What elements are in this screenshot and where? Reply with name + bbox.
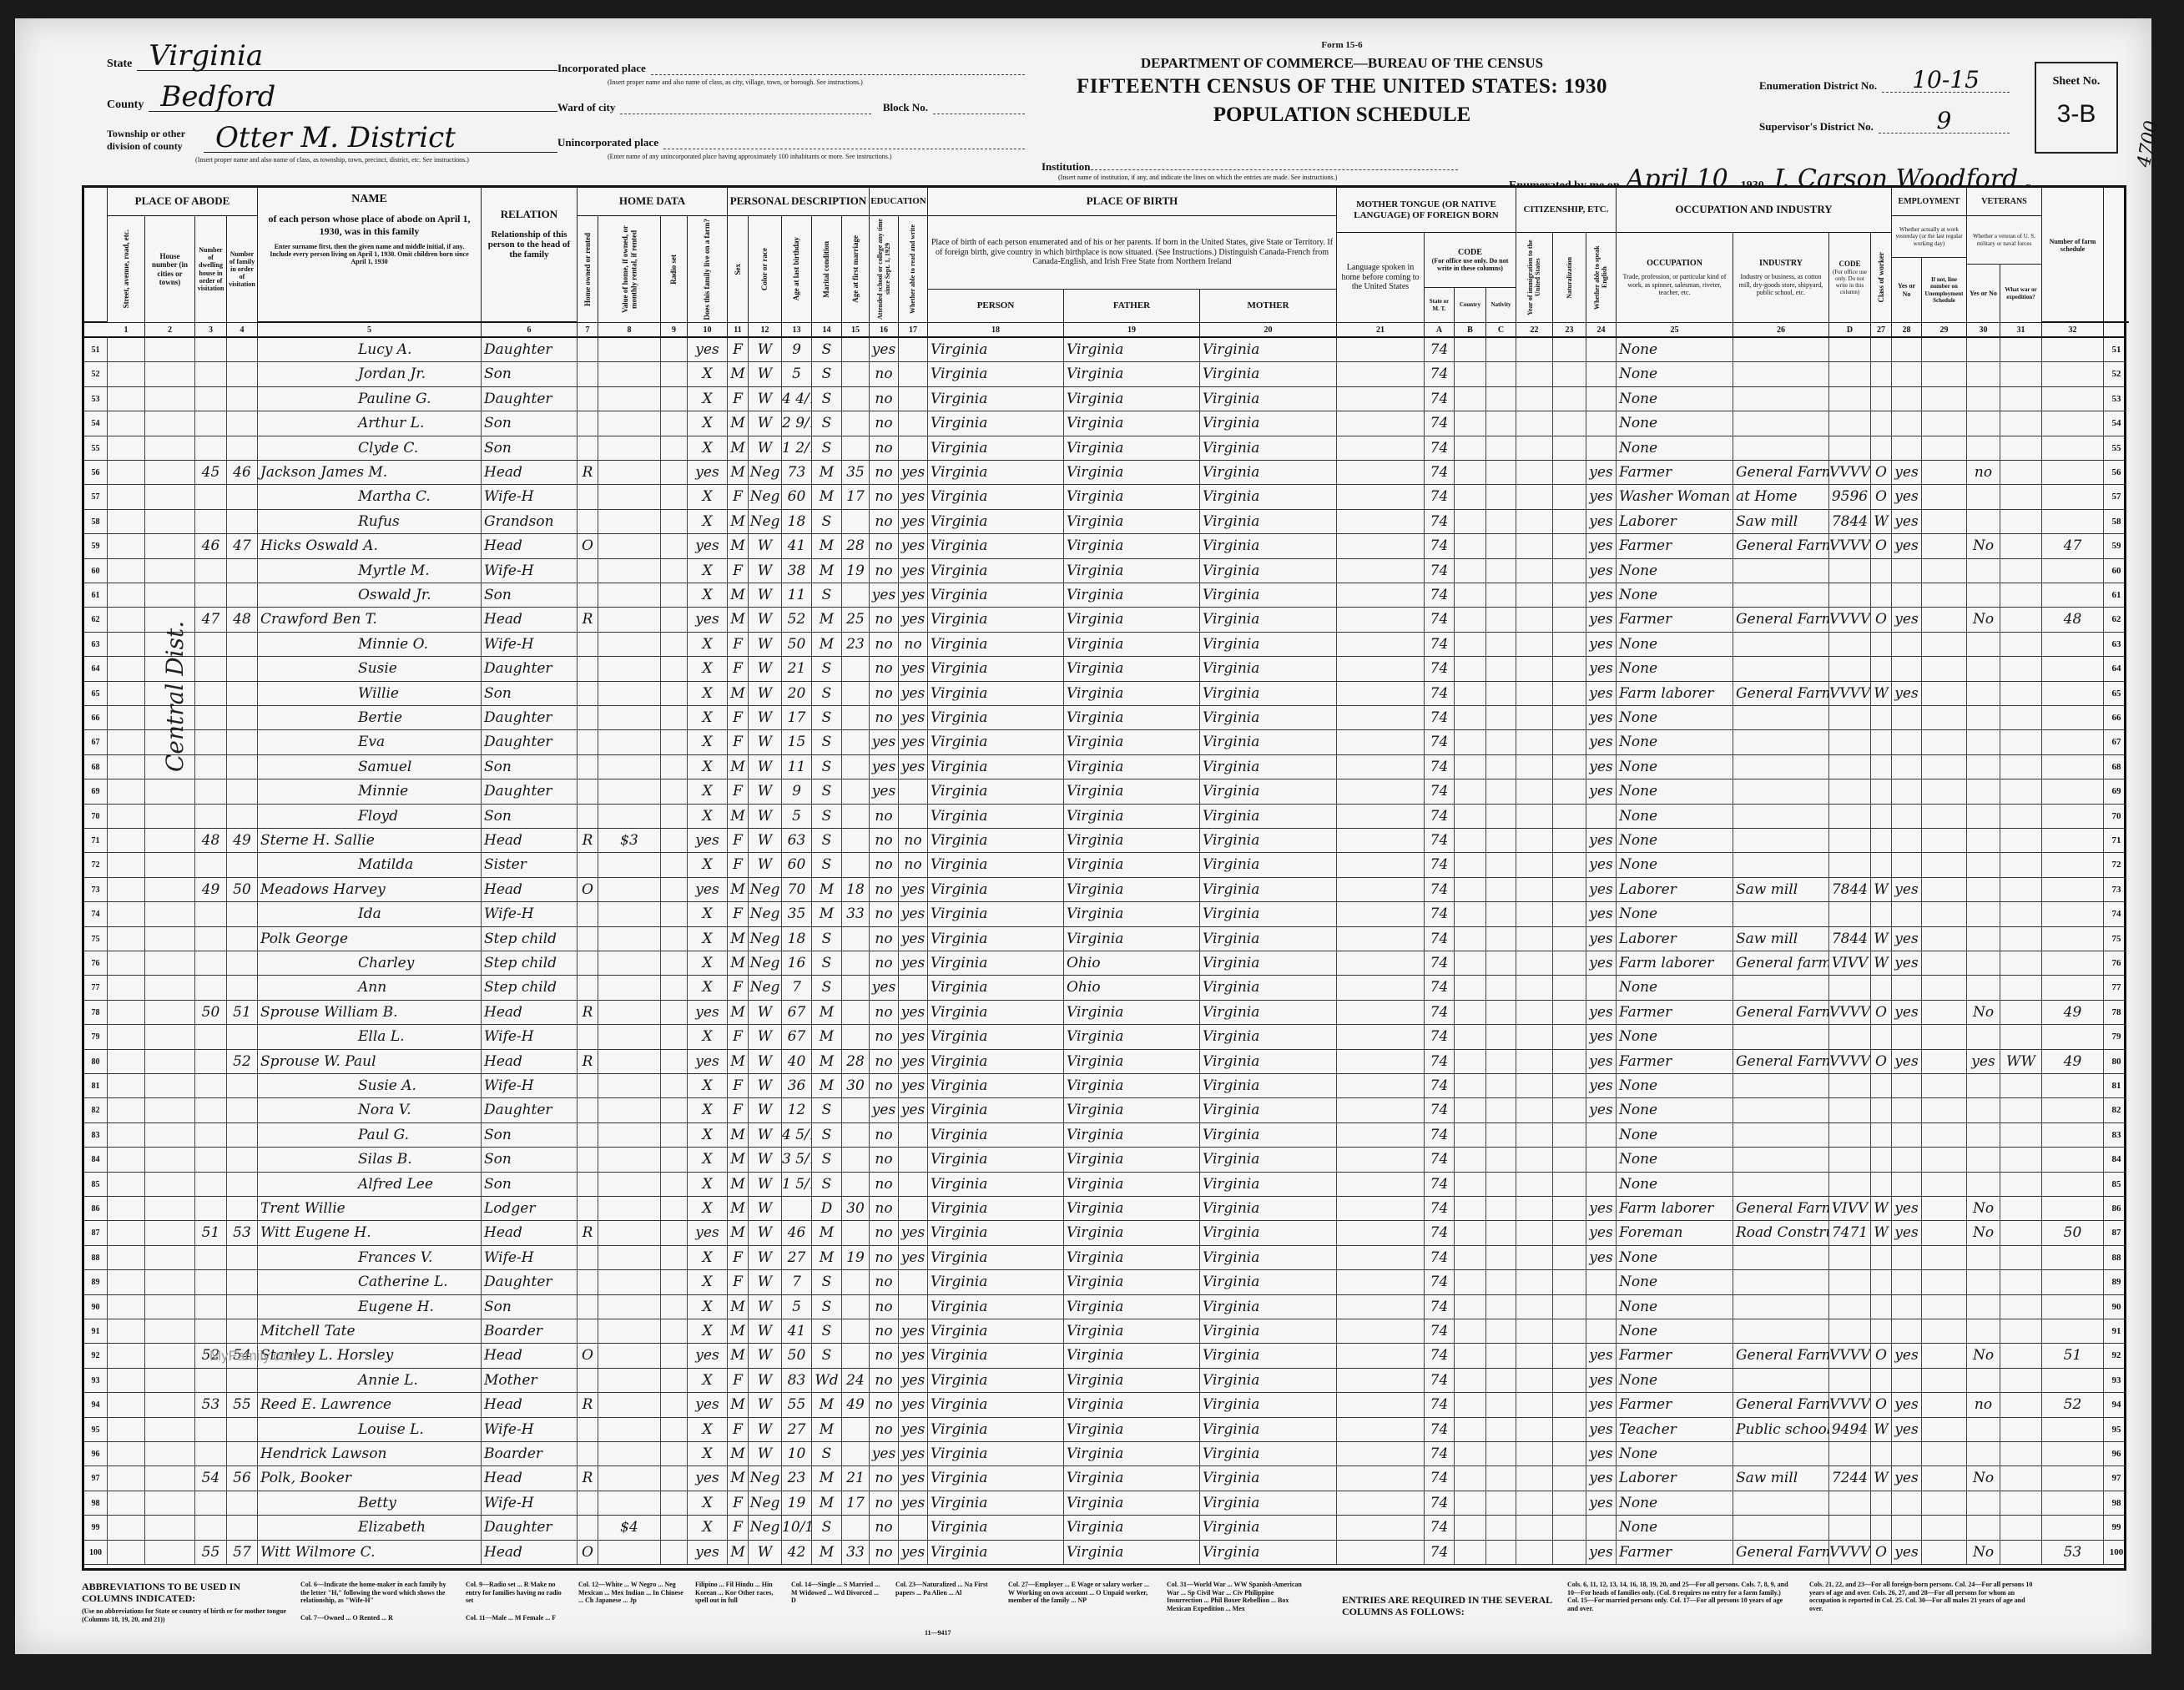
cell-fs (2042, 755, 2104, 779)
cell-name: Meadows Harvey (258, 878, 482, 901)
cell-name: Frances V. (258, 1246, 482, 1269)
right-line-number: 93 (2104, 1369, 2129, 1393)
cell-dw (195, 1123, 227, 1147)
cell-empty (1922, 706, 1967, 729)
cell-empty (1337, 1098, 1425, 1122)
cell-cls (1871, 1173, 1892, 1196)
cell-empty (108, 436, 145, 460)
cell-rd: yes (899, 730, 928, 754)
birth-instructions: Place of birth of each person enumerated… (928, 216, 1337, 290)
cell-empty (1455, 436, 1486, 460)
cell-fs (2042, 1123, 2104, 1147)
cell-empty (108, 461, 145, 484)
cell-m: Virginia (1200, 902, 1337, 926)
right-line-number: 57 (2104, 485, 2129, 509)
cell-vet (1967, 1025, 2000, 1048)
cell-empty (1455, 510, 1486, 533)
cell-rel: Daughter (482, 338, 578, 361)
cell-name: Minnie (258, 779, 482, 803)
cell-vet (1967, 583, 2000, 607)
abbrev-col7: Col. 7—Owned ... O Rented ... R (300, 1614, 451, 1622)
cell-a: 74 (1425, 1319, 1455, 1343)
cell-farm: X (688, 485, 728, 508)
cell-cls (1871, 976, 1892, 999)
cell-name: Hendrick Lawson (258, 1442, 482, 1466)
cell-cls (1871, 853, 1892, 876)
cell-sch: no (870, 1221, 899, 1244)
cell-sch: yes (870, 976, 899, 999)
cell-farm: X (688, 682, 728, 705)
cell-eng: yes (1586, 461, 1617, 484)
cell-line: 53 (84, 387, 108, 411)
cell-empty (1516, 902, 1553, 926)
cell-val (598, 362, 661, 386)
cell-m: Virginia (1200, 682, 1337, 705)
cell-empty (145, 1516, 195, 1539)
cell-agem (842, 583, 870, 607)
cell-rel: Head (482, 1393, 578, 1416)
cell-line: 58 (84, 510, 108, 533)
col-sex: Sex (728, 216, 749, 323)
cell-empty (1516, 436, 1553, 460)
cell-line: 100 (84, 1541, 108, 1564)
cell-empty (1922, 805, 1967, 828)
cell-fs (2042, 559, 2104, 583)
cell-ind: General Farm (1733, 1197, 1829, 1220)
cell-mar: M (812, 534, 842, 557)
institution-field: Institution (Insert name of institution,… (1042, 160, 1492, 181)
cell-a: 74 (1425, 730, 1455, 754)
cell-own: R (578, 461, 598, 484)
cell-vet (1967, 902, 2000, 926)
cell-empty (1455, 559, 1486, 583)
cell-farm: X (688, 1369, 728, 1392)
cell-eng: yes (1586, 1098, 1617, 1122)
cell-rel: Head (482, 1541, 578, 1564)
cell-mar: S (812, 730, 842, 754)
right-line-number-header (2104, 188, 2129, 323)
cell-empty (1553, 805, 1586, 828)
cell-empty (1516, 1025, 1553, 1048)
column-number: 30 (1967, 323, 2000, 338)
cell-p: Virginia (928, 485, 1064, 508)
cell-empty (108, 338, 145, 361)
cell-dw (195, 362, 227, 386)
cell-empty (108, 1025, 145, 1048)
cell-empty (1553, 436, 1586, 460)
cell-empty (1553, 583, 1586, 607)
cell-mar: M (812, 1246, 842, 1269)
cell-fs (2042, 461, 2104, 484)
cell-empty (1486, 411, 1516, 435)
cell-rel: Step child (482, 976, 578, 999)
right-line-number: 70 (2104, 805, 2129, 829)
cell-cls (1871, 411, 1892, 435)
cell-cls: O (1871, 1050, 1892, 1073)
cell-val (598, 706, 661, 729)
cell-sch: no (870, 534, 899, 557)
cell-empty (1337, 829, 1425, 852)
cell-age: 4 4/12 (782, 387, 812, 411)
cell-empty (1486, 1025, 1516, 1048)
table-row: 51Lucy A.DaughteryesFW9SyesVirginiaVirgi… (84, 338, 2124, 362)
cell-val (598, 338, 661, 361)
table-row: 875153Witt Eugene H.HeadRyesMW46MnoyesVi… (84, 1221, 2124, 1245)
cell-empty (1455, 1418, 1486, 1441)
cell-empty (1337, 1295, 1425, 1319)
cell-code (1829, 338, 1871, 361)
township-value: Otter M. District (204, 124, 557, 153)
cell-fam (227, 1369, 258, 1392)
cell-rd: yes (899, 878, 928, 901)
cell-fs (2042, 510, 2104, 533)
cell-age: 11 (782, 755, 812, 779)
cell-own (578, 1197, 598, 1220)
cell-empty (1516, 829, 1553, 852)
right-line-number: 65 (2104, 682, 2129, 706)
cell-dw (195, 1418, 227, 1441)
cell-name: Ann (258, 976, 482, 999)
cell-race: W (749, 682, 782, 705)
cell-fs (2042, 1098, 2104, 1122)
cell-ind: General Farm (1733, 1001, 1829, 1024)
cell-ind (1733, 755, 1829, 779)
cell-empty (1455, 461, 1486, 484)
cell-a: 74 (1425, 682, 1455, 705)
cell-empty (1553, 1074, 1586, 1097)
cell-vet (1967, 755, 2000, 779)
cell-empty (1337, 1344, 1425, 1367)
cell-emp (1892, 730, 1922, 754)
cell-a: 74 (1425, 1050, 1455, 1073)
cell-occ: None (1617, 1491, 1733, 1515)
cell-sex: F (728, 1418, 749, 1441)
cell-age: 10/12 (782, 1516, 812, 1539)
cell-empty (108, 1148, 145, 1171)
cell-empty (1455, 730, 1486, 754)
cell-sex: M (728, 411, 749, 435)
cell-mar: M (812, 1491, 842, 1515)
cell-empty (1486, 461, 1516, 484)
cell-sex: M (728, 1295, 749, 1319)
col-marital: Marital condition (812, 216, 842, 323)
cell-agem (842, 976, 870, 999)
cell-occ: None (1617, 1295, 1733, 1319)
cell-race: W (749, 1025, 782, 1048)
cell-cls (1871, 755, 1892, 779)
right-line-number: 94 (2104, 1393, 2129, 1417)
cell-agem: 17 (842, 485, 870, 508)
cell-age: 5 (782, 1295, 812, 1319)
cell-line: 99 (84, 1516, 108, 1539)
cell-line: 56 (84, 461, 108, 484)
cell-cls (1871, 1074, 1892, 1097)
cell-dw: 45 (195, 461, 227, 484)
cell-rd (899, 362, 928, 386)
cell-cls (1871, 1491, 1892, 1515)
cell-val (598, 1197, 661, 1220)
cell-val (598, 1369, 661, 1392)
cell-agem (842, 1098, 870, 1122)
cell-fs (2042, 805, 2104, 828)
cell-a: 74 (1425, 510, 1455, 533)
cell-ind (1733, 1173, 1829, 1196)
cell-radio (661, 902, 688, 926)
cell-fam (227, 1025, 258, 1048)
cell-p: Virginia (928, 779, 1064, 803)
cell-p: Virginia (928, 682, 1064, 705)
cell-age: 5 (782, 805, 812, 828)
cell-empty (1455, 779, 1486, 803)
cell-vet: no (1967, 461, 2000, 484)
cell-empty (108, 1001, 145, 1024)
cell-race: W (749, 411, 782, 435)
cell-radio (661, 338, 688, 361)
right-line-number: 95 (2104, 1418, 2129, 1442)
cell-empty (1553, 387, 1586, 411)
cell-mar: S (812, 1270, 842, 1294)
cell-line: 78 (84, 1001, 108, 1024)
cell-f: Virginia (1064, 878, 1200, 901)
cell-dw: 53 (195, 1393, 227, 1416)
table-row: 75Polk GeorgeStep childXMNeg18SnoyesVirg… (84, 927, 2124, 951)
cell-eng: yes (1586, 1369, 1617, 1392)
cell-empty (108, 730, 145, 754)
cell-farm: X (688, 755, 728, 779)
column-number-row: 123456789101112131415161718192021ABC2223… (84, 323, 2124, 338)
cell-war (2000, 1001, 2042, 1024)
right-line-number: 97 (2104, 1466, 2129, 1491)
cell-empty (1337, 1516, 1425, 1539)
cell-war (2000, 362, 2042, 386)
right-line-number: 67 (2104, 730, 2129, 754)
cell-rd: yes (899, 1050, 928, 1073)
cell-f: Virginia (1064, 411, 1200, 435)
cell-rd (899, 1123, 928, 1147)
right-line-number: 87 (2104, 1221, 2129, 1245)
cell-fam (227, 853, 258, 876)
cell-p: Virginia (928, 338, 1064, 361)
cell-farm: X (688, 1123, 728, 1147)
cell-name: Jackson James M. (258, 461, 482, 484)
cell-emp (1892, 805, 1922, 828)
col-occupation-code: CODE(For office use only. Do not write i… (1829, 233, 1871, 323)
cell-p: Virginia (928, 436, 1064, 460)
cell-p: Virginia (928, 730, 1064, 754)
cell-empty (1337, 853, 1425, 876)
cell-empty (108, 682, 145, 705)
cell-sch: no (870, 853, 899, 876)
cell-line: 65 (84, 682, 108, 705)
cell-fs: 47 (2042, 534, 2104, 557)
cell-rel: Daughter (482, 1098, 578, 1122)
cell-occ: None (1617, 976, 1733, 999)
cell-age: 60 (782, 853, 812, 876)
cell-empty (1455, 902, 1486, 926)
right-line-number: 82 (2104, 1098, 2129, 1122)
cell-own: O (578, 878, 598, 901)
cell-mar: M (812, 1074, 842, 1097)
cell-sex: M (728, 510, 749, 533)
cell-name: Nora V. (258, 1098, 482, 1122)
cell-name: Elizabeth (258, 1516, 482, 1539)
cell-agem: 30 (842, 1074, 870, 1097)
cell-agem: 30 (842, 1197, 870, 1220)
cell-farm: X (688, 1418, 728, 1441)
cell-war (2000, 436, 2042, 460)
cell-own: R (578, 608, 598, 631)
cell-name: Mitchell Tate (258, 1319, 482, 1343)
cell-vet: No (1967, 608, 2000, 631)
cell-sch: no (870, 878, 899, 901)
cell-vet: No (1967, 1541, 2000, 1564)
cell-vet (1967, 559, 2000, 583)
cell-emp: yes (1892, 878, 1922, 901)
cell-val (598, 1541, 661, 1564)
cell-dw (195, 436, 227, 460)
right-line-number: 59 (2104, 534, 2129, 558)
cell-empty (108, 706, 145, 729)
cell-m: Virginia (1200, 1173, 1337, 1196)
cell-p: Virginia (928, 387, 1064, 411)
cell-empty (1455, 1123, 1486, 1147)
cell-emp (1892, 1173, 1922, 1196)
cell-code: VVVV (1829, 1001, 1871, 1024)
cell-val (598, 755, 661, 779)
cell-sex: M (728, 1466, 749, 1490)
cell-vet: No (1967, 1466, 2000, 1490)
cell-fam: 57 (227, 1541, 258, 1564)
cell-eng: yes (1586, 1074, 1617, 1097)
cell-age: 11 (782, 583, 812, 607)
col-farm-schedule: Number of farm schedule (2042, 188, 2104, 323)
cell-dw (195, 1295, 227, 1319)
cell-code (1829, 730, 1871, 754)
table-row: 624748Crawford Ben T.HeadRyesMW52M25noye… (84, 608, 2124, 632)
cell-empty (1337, 730, 1425, 754)
cell-empty (1516, 1270, 1553, 1294)
cell-val (598, 1466, 661, 1490)
cell-empty (1553, 682, 1586, 705)
cell-mar: M (812, 1541, 842, 1564)
cell-sch: no (870, 1491, 899, 1515)
cell-empty (145, 878, 195, 901)
cell-f: Virginia (1064, 1173, 1200, 1196)
cell-emp: yes (1892, 461, 1922, 484)
table-row: 53Pauline G.DaughterXFW4 4/12SnoVirginia… (84, 387, 2124, 411)
cell-sch: no (870, 829, 899, 852)
cell-empty (1455, 1197, 1486, 1220)
cell-war (2000, 976, 2042, 999)
table-row: 714849Sterne H. SallieHeadR$3yesFW63Snon… (84, 829, 2124, 853)
cell-m: Virginia (1200, 1393, 1337, 1416)
cell-occ: None (1617, 1270, 1733, 1294)
cell-own (578, 411, 598, 435)
cell-f: Virginia (1064, 1369, 1200, 1392)
cell-line: 60 (84, 559, 108, 583)
table-row: 975456Polk, BookerHeadRyesMNeg23M21noyes… (84, 1466, 2124, 1491)
cell-war (2000, 1197, 2042, 1220)
cell-empty (108, 779, 145, 803)
cell-p: Virginia (928, 1369, 1064, 1392)
cell-radio (661, 779, 688, 803)
cell-vet (1967, 510, 2000, 533)
group-personal-description: PERSONAL DESCRIPTION (728, 188, 870, 216)
cell-rel: Head (482, 829, 578, 852)
group-mother-tongue: MOTHER TONGUE (OR NATIVE LANGUAGE) OF FO… (1337, 188, 1516, 233)
cell-empty (108, 829, 145, 852)
cell-emp (1892, 779, 1922, 803)
right-line-number: 91 (2104, 1319, 2129, 1344)
cell-occ: None (1617, 633, 1733, 656)
cell-emp (1892, 976, 1922, 999)
cell-empty (1516, 510, 1553, 533)
cell-p: Virginia (928, 1025, 1064, 1048)
cell-empty (1516, 559, 1553, 583)
cell-eng: yes (1586, 1466, 1617, 1490)
cell-empty (1455, 1442, 1486, 1466)
cell-m: Virginia (1200, 1466, 1337, 1490)
cell-fam (227, 1098, 258, 1122)
right-line-number: 68 (2104, 755, 2129, 779)
cell-sex: F (728, 485, 749, 508)
column-number: 2 (145, 323, 195, 338)
cell-rd (899, 779, 928, 803)
cell-rd (899, 1173, 928, 1196)
cell-rd: yes (899, 1319, 928, 1343)
cell-race: W (749, 338, 782, 361)
cell-sex: F (728, 1098, 749, 1122)
cell-p: Virginia (928, 1173, 1064, 1196)
cell-race: W (749, 1098, 782, 1122)
cell-empty (1455, 1270, 1486, 1294)
incorporated-note: (Insert proper name and also name of cla… (557, 78, 1025, 86)
cell-empty (145, 902, 195, 926)
cell-empty (1337, 927, 1425, 951)
cell-a: 74 (1425, 387, 1455, 411)
cell-empty (1516, 1442, 1553, 1466)
cell-sex: F (728, 1246, 749, 1269)
cell-empty (145, 1123, 195, 1147)
cell-empty (1455, 1098, 1486, 1122)
table-row: 79Ella L.Wife-HXFW67MnoyesVirginiaVirgin… (84, 1025, 2124, 1049)
cell-f: Virginia (1064, 559, 1200, 583)
cell-age: 18 (782, 927, 812, 951)
table-row: 594647Hicks Oswald A.HeadOyesMW41M28noye… (84, 534, 2124, 558)
header-right: Enumeration District No.10-15 Supervisor… (1759, 68, 2010, 150)
cell-m: Virginia (1200, 559, 1337, 583)
cell-empty (1516, 1344, 1553, 1367)
cell-farm: yes (688, 1541, 728, 1564)
cell-sch: no (870, 1025, 899, 1048)
county-label: County (107, 98, 144, 112)
cell-agem: 33 (842, 1541, 870, 1564)
cell-f: Virginia (1064, 608, 1200, 631)
cell-empty (1922, 1123, 1967, 1147)
cell-empty (1516, 1050, 1553, 1073)
cell-dw (195, 951, 227, 975)
cell-empty (1553, 1541, 1586, 1564)
cell-code (1829, 559, 1871, 583)
cell-empty (1337, 1148, 1425, 1171)
cell-code: VVVV (1829, 1393, 1871, 1416)
cell-occ: None (1617, 1246, 1733, 1269)
cell-cls: O (1871, 485, 1892, 508)
cell-fam (227, 657, 258, 680)
abbrev-col12b: Filipino ... Fil Hindu ... Hin Korean ..… (695, 1581, 779, 1605)
cell-war (2000, 1246, 2042, 1269)
cell-vet: No (1967, 1001, 2000, 1024)
